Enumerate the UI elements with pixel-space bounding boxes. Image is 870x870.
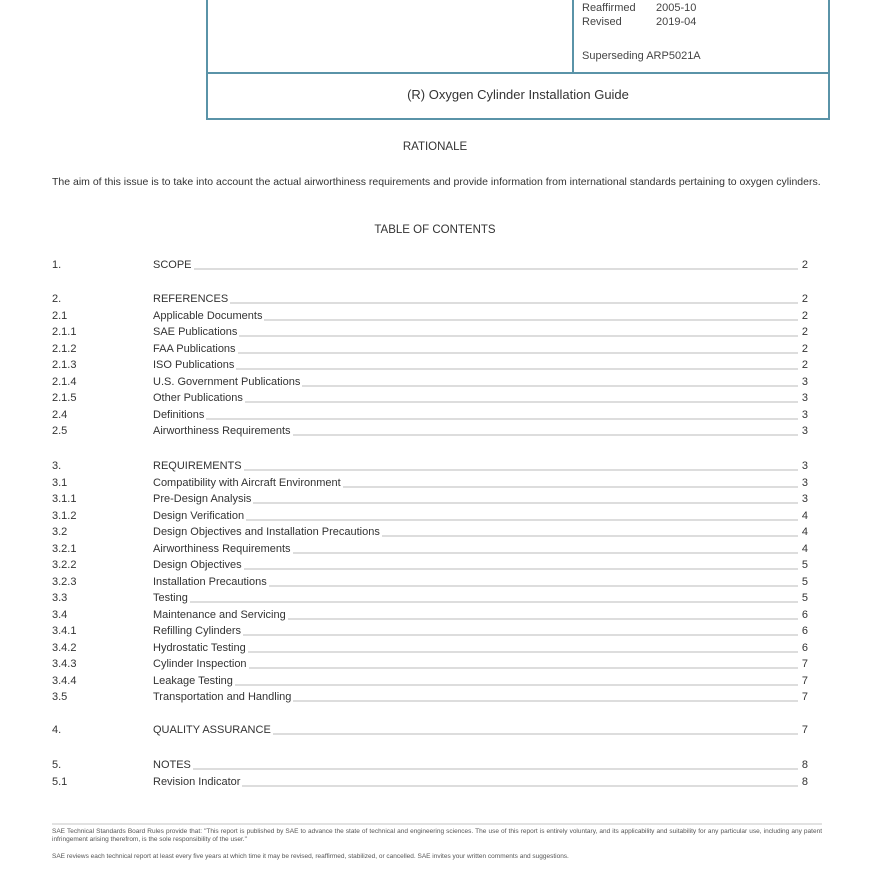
toc-entry[interactable]: 3.3Testing5	[52, 591, 808, 605]
toc-section-title[interactable]: Definitions	[153, 408, 206, 422]
toc-entry[interactable]: 3.REQUIREMENTS3	[52, 459, 808, 473]
toc-leader-line	[153, 368, 798, 370]
toc-page-number: 4	[802, 509, 808, 523]
toc-entry[interactable]: 3.2.3Installation Precautions5	[52, 575, 808, 589]
toc-page-number: 6	[802, 624, 808, 638]
toc-section-number: 3.5	[52, 690, 67, 704]
toc-entry[interactable]: 3.5Transportation and Handling7	[52, 690, 808, 704]
toc-page-number: 7	[802, 690, 808, 704]
toc-page-number: 3	[802, 476, 808, 490]
toc-entry[interactable]: 3.4.3Cylinder Inspection7	[52, 657, 808, 671]
toc-page-number: 3	[802, 424, 808, 438]
toc-entry[interactable]: 2.5Airworthiness Requirements3	[52, 424, 808, 438]
toc-page-number: 5	[802, 591, 808, 605]
toc-section-number: 2.	[52, 292, 61, 306]
toc-entry[interactable]: 3.4.4Leakage Testing7	[52, 674, 808, 688]
toc-page-number: 3	[802, 391, 808, 405]
toc-section-number: 3.1.2	[52, 509, 76, 523]
toc-entry[interactable]: 2.1.1SAE Publications2	[52, 325, 808, 339]
toc-section-title[interactable]: Airworthiness Requirements	[153, 424, 293, 438]
toc-section-number: 3.3	[52, 591, 67, 605]
toc-section-number: 3.1.1	[52, 492, 76, 506]
toc-section-number: 3.2.1	[52, 542, 76, 556]
toc-section-number: 2.1.1	[52, 325, 76, 339]
toc-page-number: 3	[802, 408, 808, 422]
toc-entry[interactable]: 2.1.3ISO Publications2	[52, 358, 808, 372]
toc-page-number: 2	[802, 342, 808, 356]
toc-leader-line	[153, 352, 798, 354]
document-header-box: Reaffirmed2005-10 Revised2019-04 Superse…	[206, 0, 830, 120]
toc-section-number: 2.1.2	[52, 342, 76, 356]
toc-heading: TABLE OF CONTENTS	[0, 224, 870, 236]
toc-section-title[interactable]: Maintenance and Servicing	[153, 608, 288, 622]
toc-entry[interactable]: 5.NOTES8	[52, 758, 808, 772]
toc-section-title[interactable]: Airworthiness Requirements	[153, 542, 293, 556]
toc-page-number: 7	[802, 657, 808, 671]
toc-section-title[interactable]: U.S. Government Publications	[153, 375, 302, 389]
toc-section-number: 3.2.2	[52, 558, 76, 572]
toc-section-title[interactable]: Hydrostatic Testing	[153, 641, 248, 655]
toc-leader-line	[153, 302, 798, 304]
toc-entry[interactable]: 3.1.2Design Verification4	[52, 509, 808, 523]
toc-entry[interactable]: 3.1.1Pre-Design Analysis3	[52, 492, 808, 506]
toc-section-number: 3.1	[52, 476, 67, 490]
toc-page-number: 7	[802, 674, 808, 688]
document-title: (R) Oxygen Cylinder Installation Guide	[208, 87, 828, 102]
toc-section-title[interactable]: Leakage Testing	[153, 674, 235, 688]
header-meta-panel: Reaffirmed2005-10 Revised2019-04 Superse…	[572, 0, 582, 72]
toc-section-title[interactable]: FAA Publications	[153, 342, 238, 356]
toc-entry[interactable]: 2.REFERENCES2	[52, 292, 808, 306]
toc-leader-line	[153, 601, 798, 603]
toc-leader-line	[153, 335, 798, 337]
toc-section-title[interactable]: ISO Publications	[153, 358, 236, 372]
toc-section-number: 2.1.3	[52, 358, 76, 372]
toc-page-number: 5	[802, 575, 808, 589]
toc-section-number: 3.4.3	[52, 657, 76, 671]
toc-section-title[interactable]: QUALITY ASSURANCE	[153, 723, 273, 737]
toc-leader-line	[153, 401, 798, 403]
toc-leader-line	[153, 469, 798, 471]
toc-entry[interactable]: 3.4Maintenance and Servicing6	[52, 608, 808, 622]
toc-page-number: 3	[802, 492, 808, 506]
toc-entry[interactable]: 3.1Compatibility with Aircraft Environme…	[52, 476, 808, 490]
toc-section-title[interactable]: Compatibility with Aircraft Environment	[153, 476, 343, 490]
toc-entry[interactable]: 2.4Definitions3	[52, 408, 808, 422]
toc-section-number: 2.5	[52, 424, 67, 438]
toc-section-number: 2.1.5	[52, 391, 76, 405]
footer-notice: SAE Technical Standards Board Rules prov…	[52, 828, 822, 844]
toc-section-title[interactable]: SAE Publications	[153, 325, 239, 339]
toc-leader-line	[153, 418, 798, 420]
toc-entry[interactable]: 2.1.4U.S. Government Publications3	[52, 375, 808, 389]
rationale-heading: RATIONALE	[0, 141, 870, 153]
toc-section-number: 5.1	[52, 775, 67, 789]
toc-section-number: 3.2.3	[52, 575, 76, 589]
toc-entry[interactable]: 5.1Revision Indicator8	[52, 775, 808, 789]
toc-section-title[interactable]: NOTES	[153, 758, 193, 772]
superseding-note: Superseding ARP5021A	[582, 50, 701, 62]
toc-section-number: 3.4.2	[52, 641, 76, 655]
toc-entry[interactable]: 1.SCOPE2	[52, 258, 808, 272]
toc-leader-line	[153, 568, 798, 570]
toc-page-number: 4	[802, 542, 808, 556]
toc-section-title[interactable]: Pre-Design Analysis	[153, 492, 253, 506]
toc-entry[interactable]: 3.2.2Design Objectives5	[52, 558, 808, 572]
toc-section-number: 2.1.4	[52, 375, 76, 389]
toc-section-title[interactable]: Cylinder Inspection	[153, 657, 249, 671]
toc-section-title[interactable]: Testing	[153, 591, 190, 605]
toc-page-number: 7	[802, 723, 808, 737]
toc-entry[interactable]: 2.1.2FAA Publications2	[52, 342, 808, 356]
toc-section-number: 3.2	[52, 525, 67, 539]
toc-page-number: 6	[802, 608, 808, 622]
toc-leader-line	[153, 768, 798, 770]
toc-entry[interactable]: 2.1.5Other Publications3	[52, 391, 808, 405]
toc-section-title[interactable]: Design Verification	[153, 509, 246, 523]
toc-section-number: 4.	[52, 723, 61, 737]
toc-page-number: 2	[802, 325, 808, 339]
toc-page-number: 8	[802, 775, 808, 789]
toc-section-number: 3.4.4	[52, 674, 76, 688]
meta-revised: Revised2019-04	[582, 16, 696, 28]
toc-section-number: 5.	[52, 758, 61, 772]
toc-section-title[interactable]: REQUIREMENTS	[153, 459, 244, 473]
toc-page-number: 6	[802, 641, 808, 655]
toc-page-number: 2	[802, 292, 808, 306]
toc-page-number: 3	[802, 459, 808, 473]
meta-reaffirmed: Reaffirmed2005-10	[582, 2, 696, 14]
footer-divider	[52, 823, 822, 825]
toc-leader-line	[153, 268, 798, 270]
footer-review-notice: SAE reviews each technical report at lea…	[52, 853, 822, 861]
toc-page-number: 2	[802, 358, 808, 372]
toc-leader-line	[153, 785, 798, 787]
toc-page-number: 8	[802, 758, 808, 772]
toc-section-title[interactable]: Transportation and Handling	[153, 690, 293, 704]
toc-section-title[interactable]: REFERENCES	[153, 292, 230, 306]
toc-section-number: 2.4	[52, 408, 67, 422]
toc-section-title[interactable]: Other Publications	[153, 391, 245, 405]
toc-page-number: 2	[802, 258, 808, 272]
rationale-text: The aim of this issue is to take into ac…	[52, 175, 822, 189]
toc-section-number: 1.	[52, 258, 61, 272]
toc-page-number: 4	[802, 525, 808, 539]
toc-section-title[interactable]: Design Objectives	[153, 558, 244, 572]
toc-entry[interactable]: 3.2.1Airworthiness Requirements4	[52, 542, 808, 556]
toc-section-number: 3.4.1	[52, 624, 76, 638]
toc-section-title[interactable]: Design Objectives and Installation Preca…	[153, 525, 382, 539]
toc-page-number: 5	[802, 558, 808, 572]
toc-section-title[interactable]: Installation Precautions	[153, 575, 269, 589]
toc-entry[interactable]: 4.QUALITY ASSURANCE7	[52, 723, 808, 737]
toc-leader-line	[153, 684, 798, 686]
header-top-section: Reaffirmed2005-10 Revised2019-04 Superse…	[208, 0, 828, 74]
toc-section-number: 2.1	[52, 309, 67, 323]
toc-section-title[interactable]: Revision Indicator	[153, 775, 242, 789]
toc-leader-line	[153, 634, 798, 636]
toc-page-number: 3	[802, 375, 808, 389]
toc-entry[interactable]: 3.2Design Objectives and Installation Pr…	[52, 525, 808, 539]
toc-entry[interactable]: 3.4.2Hydrostatic Testing6	[52, 641, 808, 655]
toc-leader-line	[153, 667, 798, 669]
toc-section-title[interactable]: Refilling Cylinders	[153, 624, 243, 638]
toc-entry[interactable]: 3.4.1Refilling Cylinders6	[52, 624, 808, 638]
toc-leader-line	[153, 519, 798, 521]
toc-section-number: 3.	[52, 459, 61, 473]
toc-page-number: 2	[802, 309, 808, 323]
toc-section-title[interactable]: SCOPE	[153, 258, 194, 272]
toc-section-title[interactable]: Applicable Documents	[153, 309, 264, 323]
toc-section-number: 3.4	[52, 608, 67, 622]
toc-entry[interactable]: 2.1Applicable Documents2	[52, 309, 808, 323]
toc-leader-line	[153, 651, 798, 653]
